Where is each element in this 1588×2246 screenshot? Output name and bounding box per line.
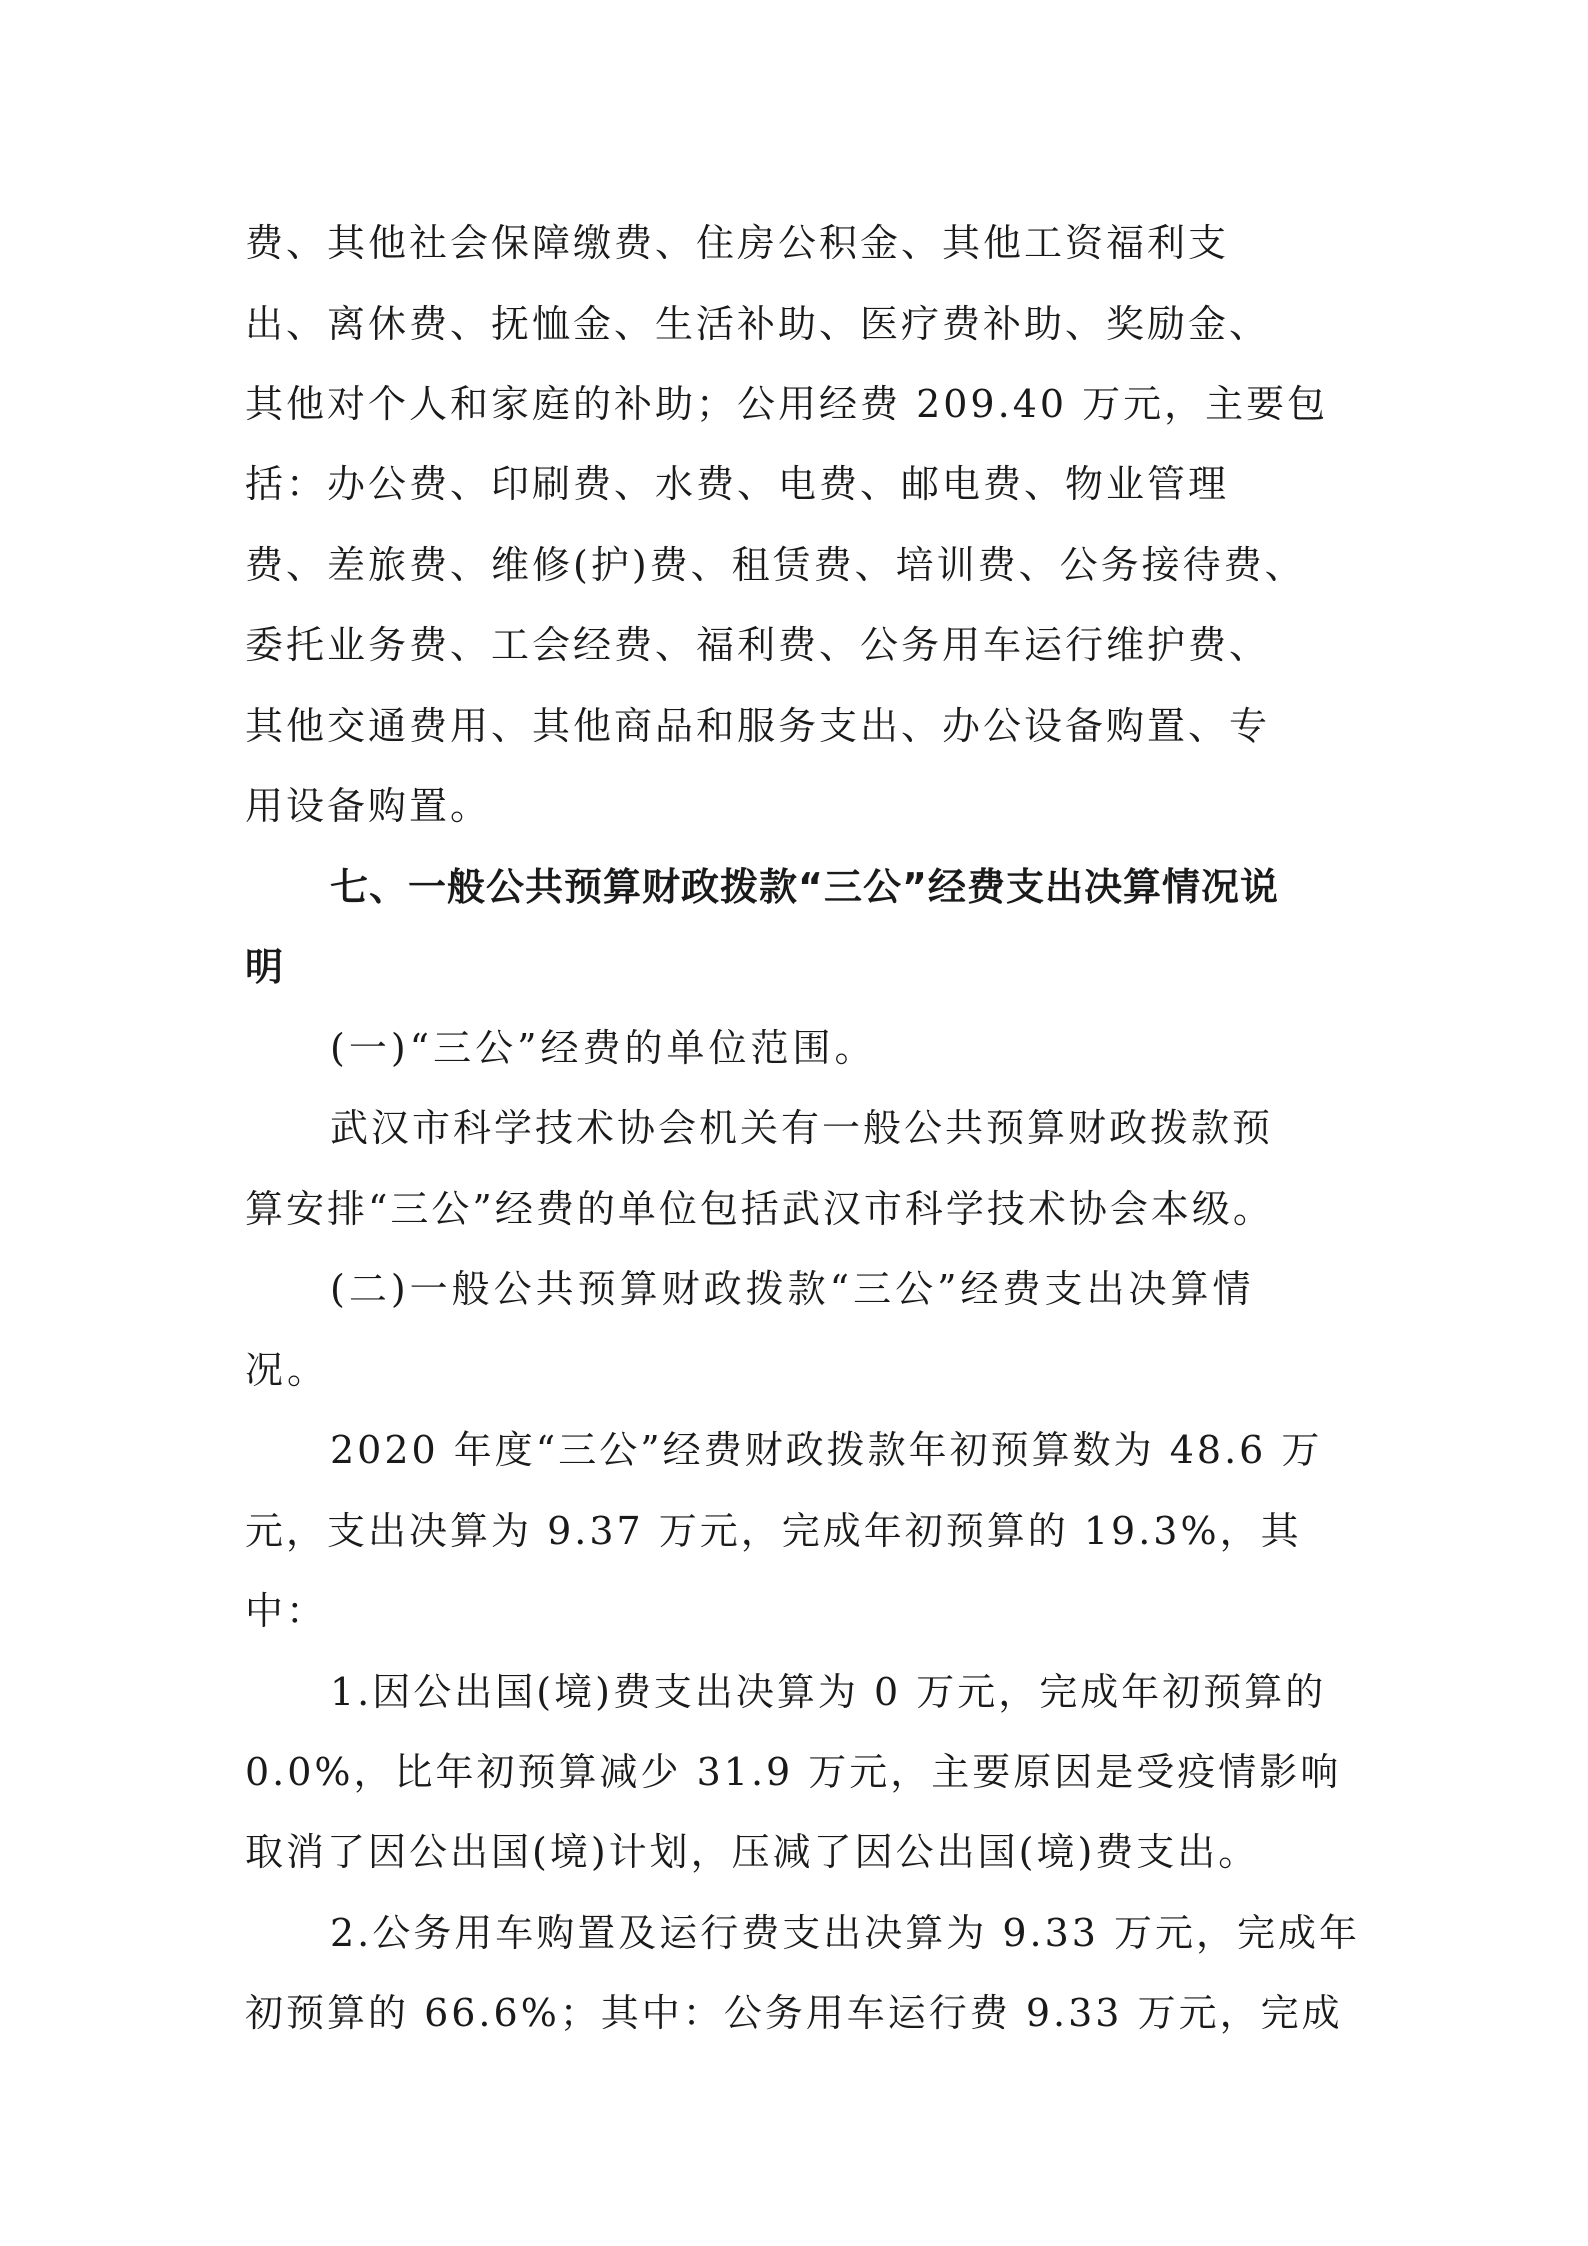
text-line: 其他交通费用、其他商品和服务支出、办公设备购置、专 (245, 703, 1270, 749)
text-line: 2.公务用车购置及运行费支出决算为 9.33 万元，完成年 (330, 1910, 1360, 1956)
text-line: 括：办公费、印刷费、水费、电费、邮电费、物业管理 (245, 461, 1229, 507)
text-line: 2020 年度“三公”经费财政拨款年初预算数为 48.6 万 (330, 1427, 1322, 1473)
text-line: 委托业务费、工会经费、福利费、公务用车运行维护费、 (245, 622, 1270, 668)
heading-line: 七、一般公共预算财政拨款“三公”经费支出决算情况说 (330, 864, 1279, 910)
text-line: 中： (245, 1588, 327, 1634)
text-line: 初预算的 66.6%；其中：公务用车运行费 9.33 万元，完成 (245, 1990, 1343, 2036)
text-line: 元，支出决算为 9.37 万元，完成年初预算的 19.3%，其 (245, 1508, 1302, 1554)
text-line: 武汉市科学技术协会机关有一般公共预算财政拨款预 (330, 1105, 1273, 1151)
heading-line: 况。 (245, 1347, 329, 1393)
heading-line: (一)“三公”经费的单位范围。 (330, 1025, 877, 1071)
heading-line: 明 (245, 944, 284, 990)
text-line: 0.0%，比年初预算减少 31.9 万元，主要原因是受疫情影响 (245, 1749, 1341, 1795)
text-line: 算安排“三公”经费的单位包括武汉市科学技术协会本级。 (245, 1186, 1274, 1232)
text-line: 费、其他社会保障缴费、住房公积金、其他工资福利支 (245, 220, 1229, 266)
document-page: 费、其他社会保障缴费、住房公积金、其他工资福利支 出、离休费、抚恤金、生活补助、… (0, 0, 1588, 2246)
text-line: 用设备购置。 (245, 783, 491, 829)
text-line: 费、差旅费、维修(护)费、租赁费、培训费、公务接待费、 (245, 542, 1306, 588)
text-line: 出、离休费、抚恤金、生活补助、医疗费补助、奖励金、 (245, 301, 1270, 347)
text-line: 取消了因公出国(境)计划，压减了因公出国(境)费支出。 (245, 1829, 1259, 1875)
text-line: 其他对个人和家庭的补助；公用经费 209.40 万元，主要包 (245, 381, 1328, 427)
heading-line: (二)一般公共预算财政拨款“三公”经费支出决算情 (330, 1266, 1255, 1312)
text-line: 1.因公出国(境)费支出决算为 0 万元，完成年初预算的 (330, 1669, 1326, 1715)
